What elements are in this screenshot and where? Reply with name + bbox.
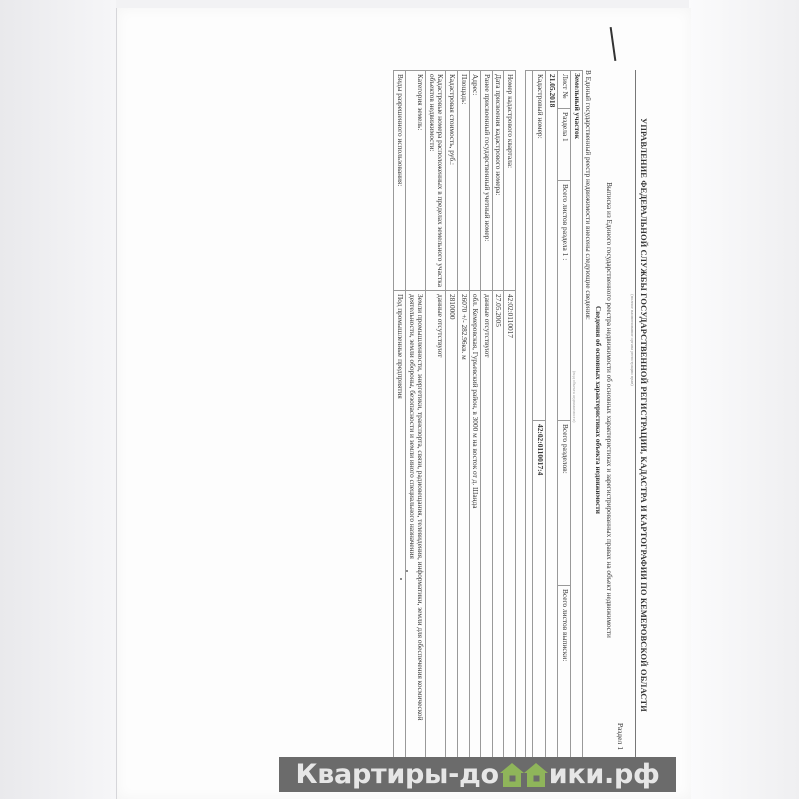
watermark-banner: Квартиры-до ики.рф — [279, 757, 676, 792]
row-label: Площадь: — [457, 71, 469, 291]
scan-background-right — [689, 0, 799, 799]
table-row: Кадастровая стоимость, руб.:2810000 — [446, 71, 458, 760]
table-row: Категория земель:Земли промышленности, э… — [405, 71, 425, 760]
total-sheets-extract: Всего листов выписки: — [558, 586, 571, 760]
row-value: 42:02:0110017 — [504, 291, 516, 760]
row-label: Номер кадастрового квартала: — [504, 71, 516, 291]
watermark-text-start: Квартиры-до — [295, 759, 498, 790]
row-value: Под промышленные предприятия — [394, 291, 406, 760]
row-value: 27.05.2005 — [492, 291, 504, 760]
total-sections: Всего разделов: — [558, 421, 571, 586]
row-label: Кадастровая стоимость, руб.: — [446, 71, 458, 291]
extract-date: 21.05.2018 — [546, 71, 559, 760]
table-row: Кадастровые номера расположенных в преде… — [426, 71, 446, 760]
section-no: Раздела 1 — [558, 109, 571, 181]
block-title: Сведения об основных характеристиках объ… — [594, 110, 602, 710]
table-row: Дата присвоения кадастрового номера:27.0… — [492, 71, 504, 760]
meta-row-spacer — [526, 71, 533, 760]
extract-intro: Выписка из Единого государственного реес… — [605, 100, 613, 720]
row-value: 26070 +/- 282.96кв. м — [457, 291, 469, 760]
registry-line: В Единый государственный реестр недвижим… — [584, 70, 592, 760]
watermark-text-end: ики.рф — [549, 759, 660, 790]
table-row: Номер кадастрового квартала:42:02:011001… — [504, 71, 516, 760]
object-type: Земельный участок — [572, 73, 581, 139]
authority-title: УПРАВЛЕНИЕ ФЕДЕРАЛЬНОЙ СЛУЖБЫ ГОСУДАРСТВ… — [635, 70, 648, 760]
meta-table: Лист № Раздела 1 Всего листов раздела 1 … — [526, 70, 572, 760]
table-row: Адрес:обл. Кемеровская, Гурьевский район… — [469, 71, 481, 760]
row-label: Категория земель: — [405, 71, 425, 291]
cadastral-extract-document: УПРАВЛЕНИЕ ФЕДЕРАЛЬНОЙ СЛУЖБЫ ГОСУДАРСТВ… — [258, 70, 648, 760]
row-value: 2810000 — [446, 291, 458, 760]
sheet-no: Лист № — [558, 71, 571, 109]
scan-speck — [400, 578, 402, 580]
meta-row-sheets: Лист № Раздела 1 Всего листов раздела 1 … — [558, 71, 571, 760]
object-type-row: Земельный участок (вид объекта недвижимо… — [571, 70, 583, 760]
row-label: Ранее присвоенный государственный учетны… — [481, 71, 493, 291]
row-value: данные отсутствуют — [481, 291, 493, 760]
house-icon — [500, 763, 524, 787]
row-value: обл. Кемеровская, Гурьевский район, в 30… — [469, 291, 481, 760]
characteristics-table: Номер кадастрового квартала:42:02:011001… — [393, 70, 516, 760]
total-sheets-section: Всего листов раздела 1 : — [558, 181, 571, 421]
row-label: Кадастровые номера расположенных в преде… — [426, 71, 446, 291]
cadastral-number-value: 42:02:0110017:4 — [533, 421, 546, 760]
scan-background-left — [0, 0, 116, 799]
house-icon — [524, 763, 548, 787]
row-value: Земли промышленности, энергетики, трансп… — [405, 291, 425, 760]
table-row: Площадь:26070 +/- 282.96кв. м — [457, 71, 469, 760]
meta-row-cadastral: Кадастровый номер: 42:02:0110017:4 — [533, 71, 546, 760]
meta-row-date: 21.05.2018 — [546, 71, 559, 760]
row-label: Дата присвоения кадастрового номера: — [492, 71, 504, 291]
scan-speck — [406, 570, 408, 572]
table-row: Виды разрешенного использования:Под пром… — [394, 71, 406, 760]
two-houses-icon — [500, 763, 548, 787]
section-label: Раздел 1 — [615, 723, 624, 750]
row-value: данные отсутствуют — [426, 291, 446, 760]
authority-subtitle: (полное наименование органа регистрации … — [630, 190, 635, 490]
cadastral-number-label: Кадастровый номер: — [533, 71, 546, 421]
object-type-caption: (вид объекта недвижимости) — [571, 371, 576, 422]
table-row: Ранее присвоенный государственный учетны… — [481, 71, 493, 760]
row-label: Адрес: — [469, 71, 481, 291]
row-label: Виды разрешенного использования: — [394, 71, 406, 291]
